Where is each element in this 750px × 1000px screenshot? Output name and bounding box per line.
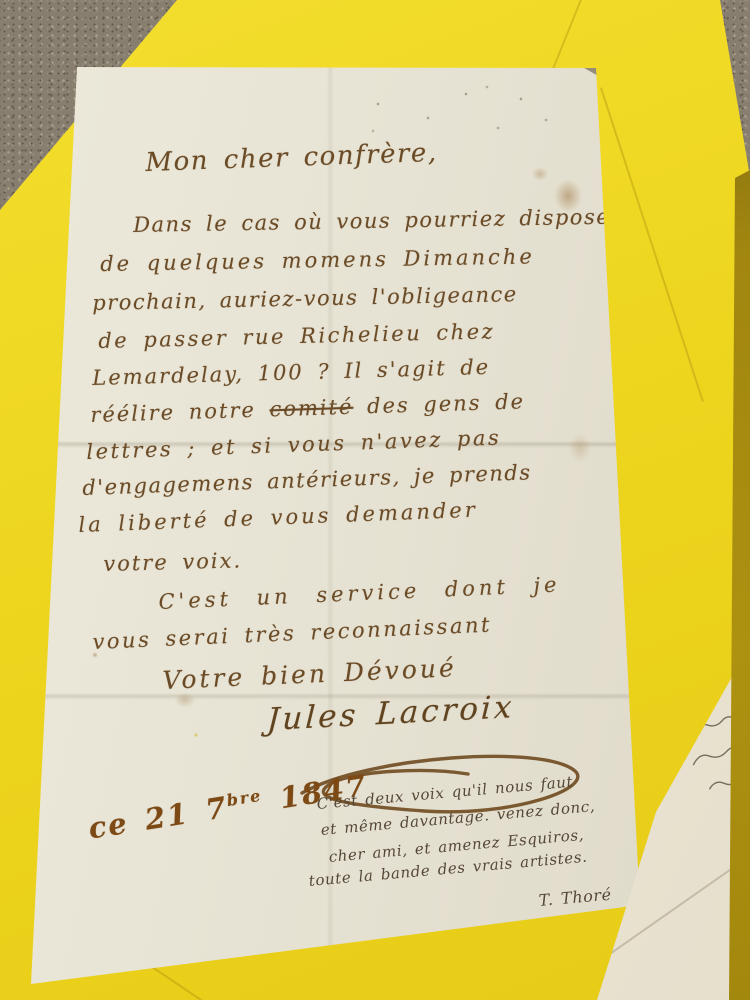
fold-crease: [600, 87, 704, 401]
date-month-sup: bre: [225, 786, 263, 810]
photo-scene: Mon cher confrère, Dans le cas où vous p…: [0, 0, 750, 1000]
letter-line: votre voix.: [103, 548, 242, 576]
struck-word: comité: [269, 395, 354, 422]
